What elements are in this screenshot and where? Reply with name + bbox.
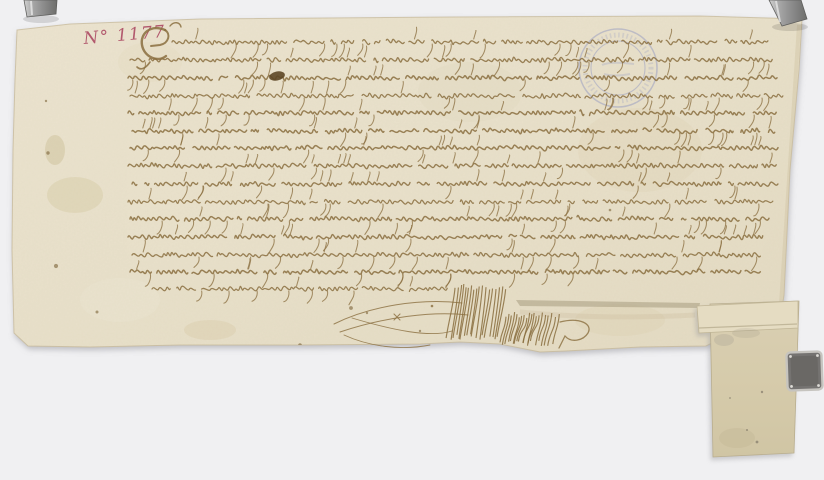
metal-clip-top-left xyxy=(23,0,59,23)
folded-parchment-strip xyxy=(697,301,799,457)
scan-stage: N° 1177 xyxy=(0,0,824,480)
pen-dot xyxy=(431,305,434,308)
metal-clip-right xyxy=(786,351,822,390)
document-scan: N° 1177 xyxy=(0,0,824,480)
